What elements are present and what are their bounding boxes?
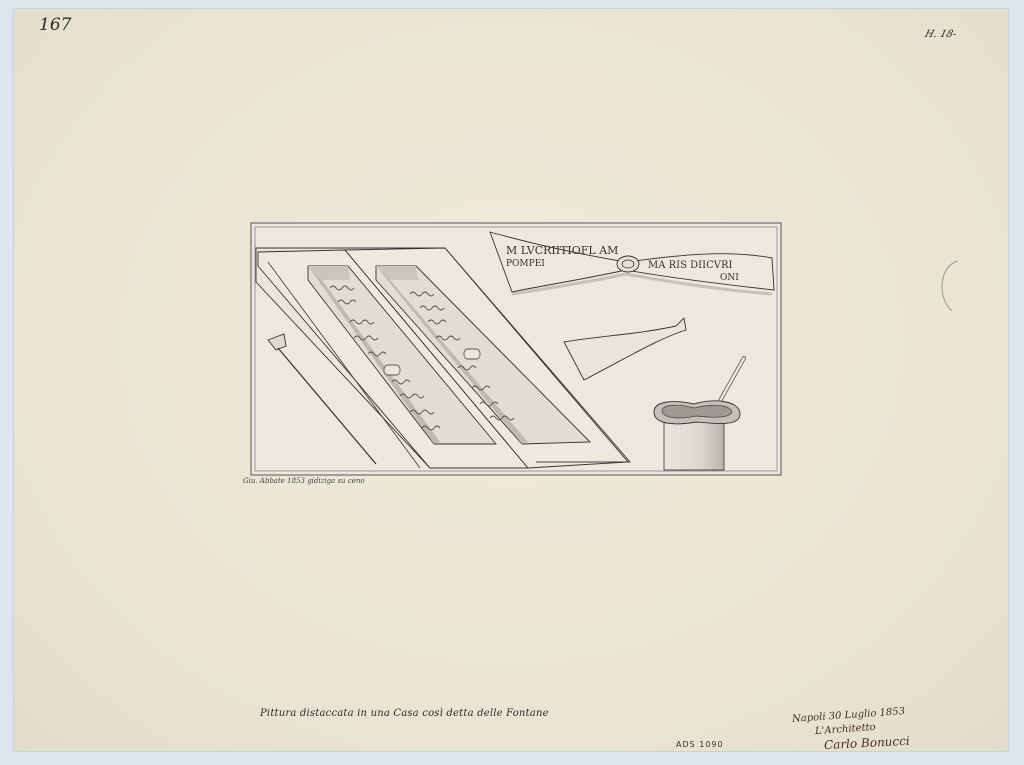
plate-reference: H. 18- xyxy=(923,29,957,40)
illustration-plate: M LVCRIITIOFL AM POMPEI MA RIS DIICVRI O… xyxy=(250,222,784,478)
artist-note: Giu. Abbate 1853 gidiziga su ceno xyxy=(243,477,365,485)
catalog-number: ADS 1090 xyxy=(676,740,724,749)
inscription-line1-left: M LVCRIITIOFL AM xyxy=(506,244,618,257)
inscription-line1-right: MA RIS DIICVRI xyxy=(648,260,732,271)
inscription-line2-left: POMPEI xyxy=(506,259,545,269)
inscription-line2-right: ONI xyxy=(720,273,739,283)
drawing-caption: Pittura distaccata in una Casa così dett… xyxy=(260,708,549,719)
margin-arc-mark xyxy=(934,257,964,317)
sheet-number: 167 xyxy=(39,15,71,35)
